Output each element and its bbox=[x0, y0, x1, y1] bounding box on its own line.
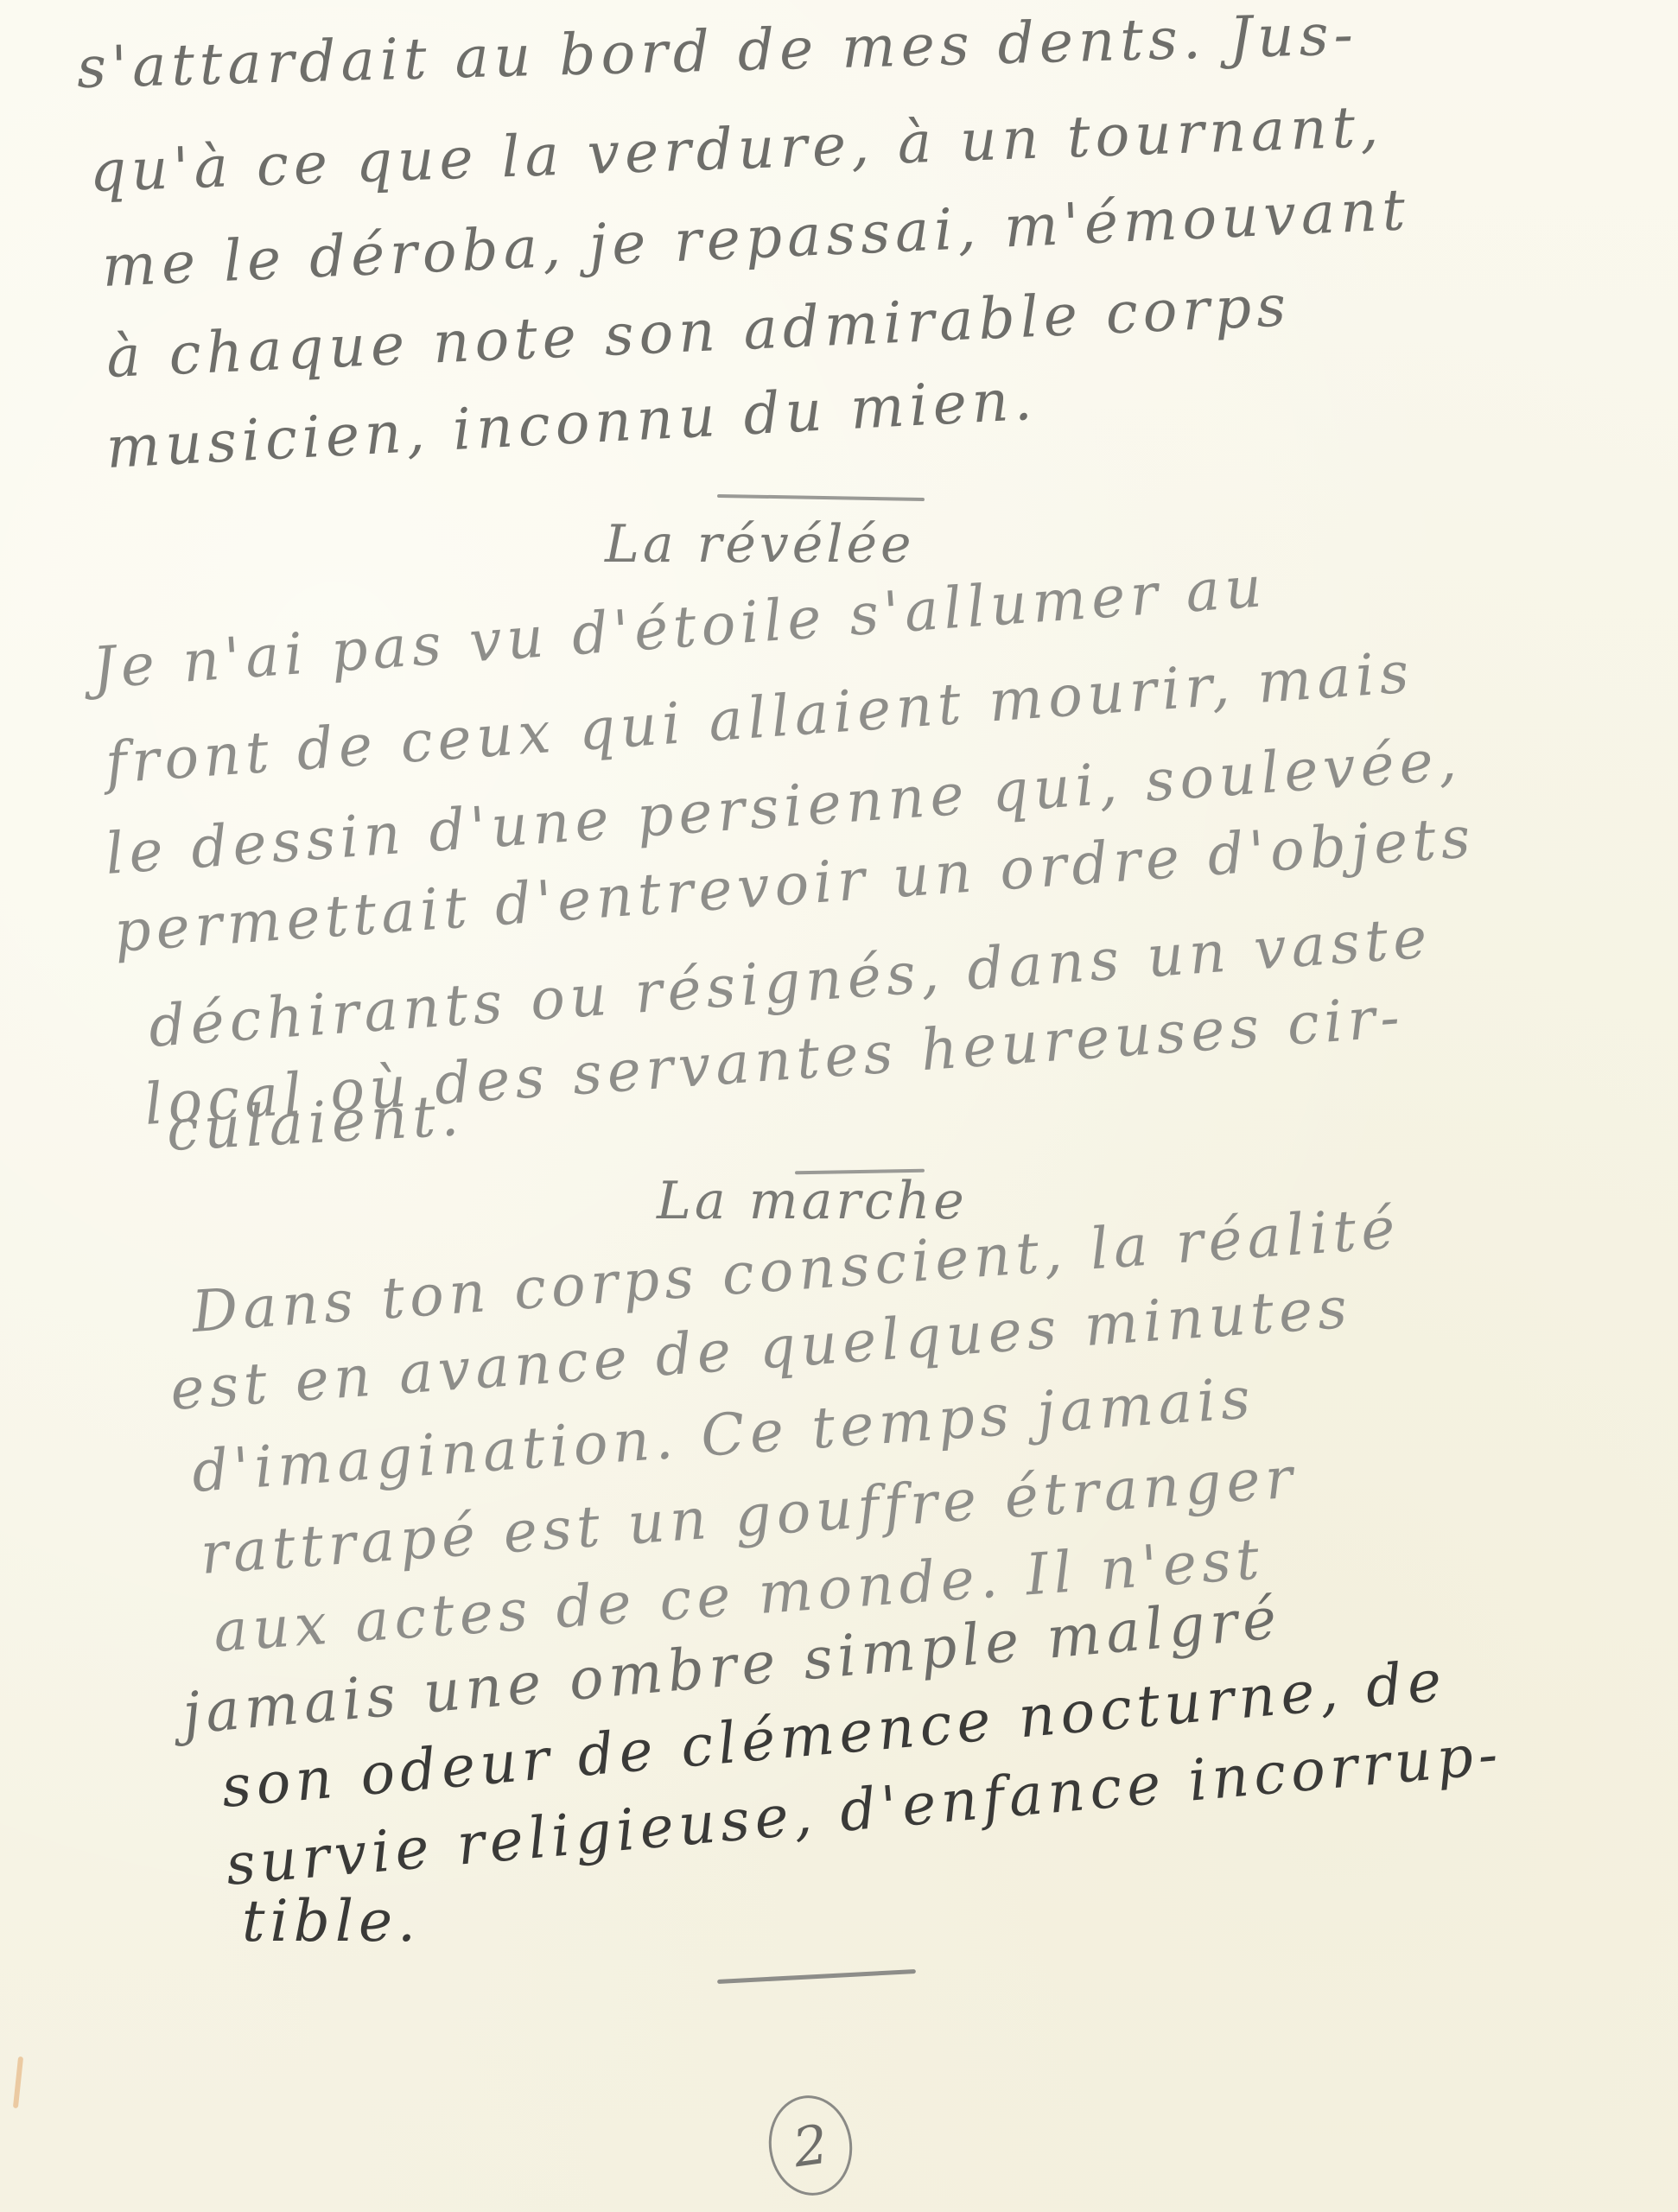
section-1-line-7: culaient. bbox=[165, 1082, 466, 1164]
section-2-title: La marche bbox=[657, 1171, 968, 1231]
end-divider-stroke bbox=[717, 1969, 916, 1984]
section-2-line-9: tible. bbox=[242, 1888, 421, 1955]
page-number-text: 2 bbox=[789, 2112, 831, 2179]
section-1-title: La révélée bbox=[605, 514, 915, 575]
circled-page-number: 2 bbox=[762, 2090, 858, 2201]
manuscript-page: s'attardait au bord de mes dents. Jus- q… bbox=[0, 0, 1678, 2212]
section-1-title-overline bbox=[717, 494, 925, 501]
paper-stain bbox=[13, 2056, 23, 2108]
opening-line-1: s'attardait au bord de mes dents. Jus- bbox=[76, 1, 1359, 101]
